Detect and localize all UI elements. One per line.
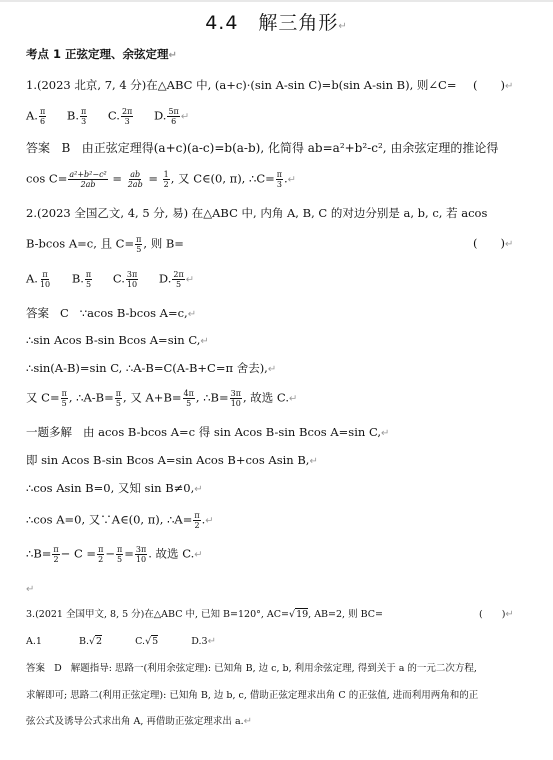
question-3-options: A.1 B.√2 C.√5 D.3↵: [26, 634, 232, 650]
option-c: C.3π10: [113, 270, 139, 289]
question-3-guide-line3: 弦公式及诱导公式求出角 A, 再借助正弦定理求出 a.↵: [26, 714, 252, 730]
question-2-solution-line4: 又 C=π5, ∴A-B=π5, 又 A+B=4π5, ∴B=3π10, 故选 …: [26, 389, 297, 408]
question-1-answer-blank: ( )↵: [473, 77, 513, 95]
question-1-answer: 答案 B 由正弦定理得(a+c)(a-c)=b(a-b), 化简得 ab=a²+…: [26, 140, 498, 156]
question-1-solution-formula: cos C=a²+b²−c²2ab = ab2ab = 12, 又 C∈(0, …: [26, 170, 296, 189]
question-2-alt-solution-line5: ∴B=π2− C =π2−π5=3π10. 故选 C.↵: [26, 545, 203, 564]
question-2-answer: 答案 C ∵acos B-bcos A=c,↵: [26, 305, 196, 323]
question-2-stem-line1: 2.(2023 全国乙文, 4, 5 分, 易) 在△ABC 中, 内角 A, …: [26, 205, 487, 221]
option-b: B.√2: [79, 634, 102, 650]
page-title: 4.4 解三角形↵: [0, 8, 553, 35]
question-2-stem-line2: B-bcos A=c, 且 C=π5, 则 B=: [26, 235, 184, 254]
page-top-border: [0, 0, 553, 2]
question-2-options: A.π10 B.π5 C.3π10 D.2π5↵: [26, 270, 210, 289]
question-2-answer-blank: ( )↵: [473, 235, 513, 253]
section-heading: 考点 1 正弦定理、余弦定理↵: [26, 46, 177, 64]
question-2-solution-line2: ∴sin Acos B-sin Bcos A=sin C,↵: [26, 332, 209, 350]
option-b: B.π5: [72, 270, 93, 289]
question-3-answer-blank: ( )↵: [479, 607, 514, 623]
option-c: C.2π3: [108, 107, 134, 126]
option-d: D.2π5↵: [159, 270, 194, 289]
question-3-stem: 3.(2021 全国甲文, 8, 5 分)在△ABC 中, 已知 B=120°,…: [26, 607, 383, 623]
question-3-guide-line2: 求解即可; 思路二(利用正弦定理): 已知角 B, 边 b, c, 借助正弦定理…: [26, 688, 478, 704]
question-2-alt-solution-line3: ∴cos Asin B=0, 又知 sin B≠0,↵: [26, 480, 203, 498]
question-2-alt-solution-line1: 一题多解 由 acos B-bcos A=c 得 sin Acos B-sin …: [26, 424, 389, 442]
question-2-solution-line3: ∴sin(A-B)=sin C, ∴A-B=C(A-B+C=π 舍去),↵: [26, 360, 276, 378]
option-b: B.π3: [67, 107, 88, 126]
option-d: D.5π6↵: [154, 107, 189, 126]
option-a: A.π10: [26, 270, 52, 289]
question-3-answer: 答案 D 解题指导: 思路一(利用余弦定理): 已知角 B, 边 c, b, 利…: [26, 661, 477, 677]
question-1-options: A.π6 B.π3 C.2π3 D.5π6↵: [26, 107, 205, 126]
empty-paragraph: ↵: [26, 580, 34, 598]
question-2-alt-solution-line2: 即 sin Acos B-sin Bcos A=sin Acos B+cos A…: [26, 452, 318, 470]
option-a: A.π6: [26, 107, 47, 126]
option-d: D.3↵: [191, 634, 216, 650]
option-a: A.1: [26, 634, 42, 650]
question-1-stem: 1.(2023 北京, 7, 4 分)在△ABC 中, (a+c)·(sin A…: [26, 77, 456, 93]
option-c: C.√5: [135, 634, 158, 650]
question-2-alt-solution-line4: ∴cos A=0, 又∵A∈(0, π), ∴A=π2.↵: [26, 511, 214, 530]
